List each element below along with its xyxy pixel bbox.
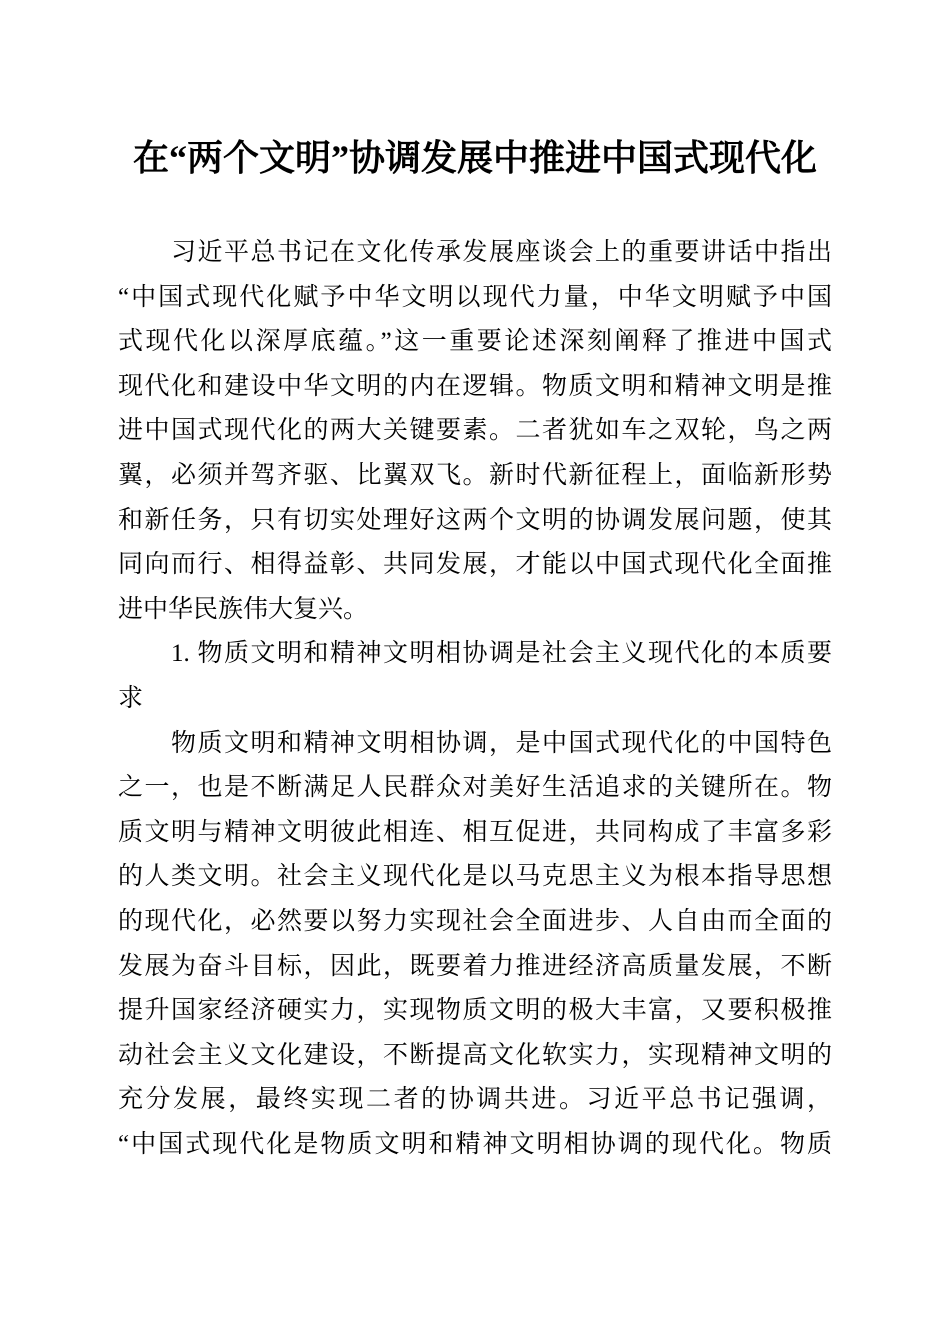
- text-line: 求: [118, 677, 832, 722]
- text-line: “中国式现代化赋予中华文明以现代力量，中华文明赋予中国: [118, 276, 832, 321]
- text-line: 式现代化以深厚底蕴。”这一重要论述深刻阐释了推进中国式: [118, 320, 832, 365]
- text-line: 同向而行、相得益彰、共同发展，才能以中国式现代化全面推: [118, 543, 832, 588]
- text-line: 之一，也是不断满足人民群众对美好生活追求的关键所在。物: [118, 766, 832, 811]
- text-line: 1. 物质文明和精神文明相协调是社会主义现代化的本质要: [118, 632, 832, 677]
- text-line: 物质文明和精神文明相协调，是中国式现代化的中国特色: [118, 722, 832, 767]
- text-line: 习近平总书记在文化传承发展座谈会上的重要讲话中指出: [118, 231, 832, 276]
- document-title: 在“两个文明”协调发展中推进中国式现代化: [0, 134, 950, 182]
- section-1-heading: 1. 物质文明和精神文明相协调是社会主义现代化的本质要 求: [118, 632, 832, 721]
- text-line: 充分发展，最终实现二者的协调共进。习近平总书记强调，: [118, 1078, 832, 1123]
- text-line: 现代化和建设中华文明的内在逻辑。物质文明和精神文明是推: [118, 365, 832, 410]
- paragraph-intro: 习近平总书记在文化传承发展座谈会上的重要讲话中指出 “中国式现代化赋予中华文明以…: [118, 231, 832, 632]
- text-line: 的现代化，必然要以努力实现社会全面进步、人自由而全面的: [118, 900, 832, 945]
- text-line: 进中华民族伟大复兴。: [118, 588, 832, 633]
- text-line: 进中国式现代化的两大关键要素。二者犹如车之双轮，鸟之两: [118, 409, 832, 454]
- text-line: 发展为奋斗目标，因此，既要着力推进经济高质量发展，不断: [118, 945, 832, 990]
- paragraph-section-1: 物质文明和精神文明相协调，是中国式现代化的中国特色 之一，也是不断满足人民群众对…: [118, 722, 832, 1168]
- text-line: 翼，必须并驾齐驱、比翼双飞。新时代新征程上，面临新形势: [118, 454, 832, 499]
- document-body: 习近平总书记在文化传承发展座谈会上的重要讲话中指出 “中国式现代化赋予中华文明以…: [118, 231, 832, 1167]
- text-line: 提升国家经济硬实力，实现物质文明的极大丰富，又要积极推: [118, 989, 832, 1034]
- text-line: 质文明与精神文明彼此相连、相互促进，共同构成了丰富多彩: [118, 811, 832, 856]
- text-line: “中国式现代化是物质文明和精神文明相协调的现代化。物质: [118, 1123, 832, 1168]
- text-line: 和新任务，只有切实处理好这两个文明的协调发展问题，使其: [118, 499, 832, 544]
- text-line: 的人类文明。社会主义现代化是以马克思主义为根本指导思想: [118, 855, 832, 900]
- text-line: 动社会主义文化建设，不断提高文化软实力，实现精神文明的: [118, 1034, 832, 1079]
- document-page: 在“两个文明”协调发展中推进中国式现代化 习近平总书记在文化传承发展座谈会上的重…: [0, 0, 950, 1344]
